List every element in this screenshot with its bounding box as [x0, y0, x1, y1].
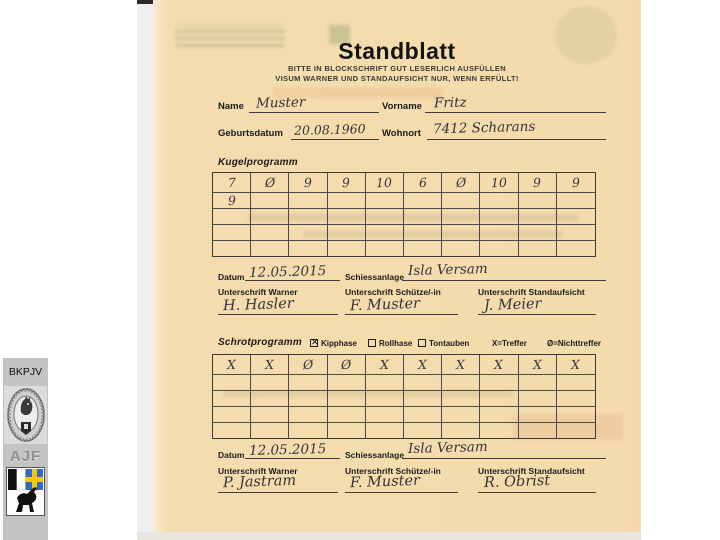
table-cell: 10 — [366, 173, 404, 192]
table-row — [213, 374, 595, 390]
table-cell — [328, 422, 366, 438]
table-cell: X — [519, 355, 557, 374]
table-cell — [328, 224, 366, 240]
table-cell — [213, 208, 251, 224]
table-cell — [289, 240, 327, 256]
cell-value: 10 — [376, 175, 392, 191]
sig2-schuetze-value: F. Muster — [350, 473, 421, 491]
schiessanlage2-label: Schiessanlage — [345, 450, 404, 460]
table-cell — [480, 374, 518, 390]
table-cell — [480, 208, 518, 224]
cell-value: X — [380, 357, 389, 372]
form-subtitle-1: BITTE IN BLOCKSCHRIFT GUT LESERLICH AUSF… — [153, 64, 641, 73]
table-cell — [213, 374, 251, 390]
table-cell — [442, 224, 480, 240]
table-cell — [289, 192, 327, 208]
table-row: XXØØXXXXXX — [213, 355, 595, 374]
cell-value: X — [494, 357, 503, 372]
table-cell — [289, 422, 327, 438]
cell-value: X — [418, 357, 427, 372]
table-cell — [442, 390, 480, 406]
table-cell — [251, 240, 289, 256]
table-cell — [442, 208, 480, 224]
table-cell — [251, 374, 289, 390]
table-cell — [557, 192, 595, 208]
table-cell — [480, 422, 518, 438]
cell-value: X — [456, 357, 465, 372]
table-cell — [480, 240, 518, 256]
standblatt-sheet: Standblatt BITTE IN BLOCKSCHRIFT GUT LES… — [153, 0, 641, 532]
table-cell — [557, 374, 595, 390]
table-cell — [480, 224, 518, 240]
table-cell — [251, 208, 289, 224]
table-row: 9 — [213, 192, 595, 208]
table-cell — [366, 374, 404, 390]
table-cell: X — [366, 355, 404, 374]
sheet-shadow — [137, 532, 641, 540]
table-cell: Ø — [328, 355, 366, 374]
table-cell — [519, 390, 557, 406]
table-cell: Ø — [442, 173, 480, 192]
name-label: Name — [218, 101, 244, 112]
cell-value: 6 — [418, 175, 426, 190]
table-cell — [519, 240, 557, 256]
table-cell — [251, 390, 289, 406]
tontauben-checkbox — [418, 339, 426, 347]
table-cell — [213, 240, 251, 256]
table-cell — [251, 422, 289, 438]
table-cell — [328, 390, 366, 406]
bkpjv-oval-badge-icon — [7, 388, 45, 442]
cell-value: X — [227, 357, 236, 372]
schrotprogramm-table: XXØØXXXXXX — [212, 354, 596, 439]
schrotprogramm-label: Schrotprogramm — [218, 337, 302, 348]
cell-value: 9 — [572, 175, 580, 190]
table-cell — [366, 224, 404, 240]
wohnort-value: 7412 Scharans — [433, 119, 536, 138]
table-cell — [404, 224, 442, 240]
table-cell — [557, 208, 595, 224]
table-cell — [366, 406, 404, 422]
kipphase-label: Kipphase — [321, 339, 357, 348]
org-ajf-label: AJF — [3, 448, 48, 465]
table-row: 7Ø99106Ø1099 — [213, 173, 595, 192]
table-cell — [213, 406, 251, 422]
table-cell — [404, 192, 442, 208]
table-cell — [366, 422, 404, 438]
table-cell — [328, 406, 366, 422]
schiessanlage2-value: Isla Versam — [408, 439, 488, 457]
rollhase-label: Rollhase — [379, 339, 412, 348]
table-cell: Ø — [251, 173, 289, 192]
cell-value: Ø — [341, 357, 352, 372]
datum2-value: 12.05.2015 — [249, 441, 327, 459]
kugelprogramm-label: Kugelprogramm — [218, 157, 298, 168]
table-cell — [328, 192, 366, 208]
table-cell: X — [480, 355, 518, 374]
table-cell — [289, 406, 327, 422]
form-subtitle-2: VISUM WARNER UND STANDAUFSICHT NUR, WENN… — [153, 74, 641, 83]
table-cell — [480, 192, 518, 208]
table-cell: 10 — [480, 173, 518, 192]
org-bkpjv-label: BKPJV — [3, 366, 48, 378]
table-cell: 9 — [213, 192, 251, 208]
table-cell: 9 — [289, 173, 327, 192]
kugelprogramm-table: 7Ø99106Ø10999 — [212, 172, 596, 257]
cell-value: 9 — [533, 175, 541, 190]
datum1-value: 12.05.2015 — [249, 263, 327, 281]
rollhase-checkbox — [368, 339, 376, 347]
scan-edge — [137, 0, 153, 540]
datum2-label: Datum — [218, 450, 244, 460]
kipphase-checkbox: ✕ — [310, 339, 318, 347]
table-cell — [251, 192, 289, 208]
table-cell — [289, 390, 327, 406]
table-cell: X — [557, 355, 595, 374]
geburtsdatum-label: Geburtsdatum — [218, 128, 283, 139]
table-cell — [519, 406, 557, 422]
table-row — [213, 240, 595, 256]
table-cell — [213, 390, 251, 406]
table-cell — [213, 422, 251, 438]
name-value: Muster — [256, 94, 306, 111]
table-cell — [213, 224, 251, 240]
tontauben-label: Tontauben — [429, 339, 469, 348]
bkpjv-emblem-icon — [4, 386, 47, 444]
vorname-label: Vorname — [382, 101, 422, 112]
table-cell: 9 — [328, 173, 366, 192]
cell-value: 9 — [227, 193, 235, 208]
table-cell: 6 — [404, 173, 442, 192]
table-cell — [557, 390, 595, 406]
cell-value: 9 — [342, 175, 350, 190]
table-cell — [366, 240, 404, 256]
wohnort-label: Wohnort — [382, 128, 421, 139]
table-cell: X — [404, 355, 442, 374]
table-cell — [519, 192, 557, 208]
table-cell — [404, 374, 442, 390]
table-cell — [366, 192, 404, 208]
table-cell — [366, 208, 404, 224]
table-cell — [404, 390, 442, 406]
table-cell — [480, 406, 518, 422]
table-cell — [328, 374, 366, 390]
table-cell — [289, 224, 327, 240]
schiessanlage1-value: Isla Versam — [408, 261, 488, 279]
table-cell — [442, 192, 480, 208]
table-cell — [442, 374, 480, 390]
table-cell — [328, 240, 366, 256]
sig2-stand-value: R. Obrist — [484, 473, 551, 491]
table-cell: Ø — [289, 355, 327, 374]
cell-value: Ø — [303, 357, 314, 372]
table-cell — [557, 240, 595, 256]
table-cell: X — [442, 355, 480, 374]
cell-value: X — [532, 357, 541, 372]
table-cell — [557, 422, 595, 438]
vorname-value: Fritz — [434, 95, 467, 112]
table-cell — [442, 240, 480, 256]
table-cell — [519, 374, 557, 390]
table-cell — [404, 208, 442, 224]
form-title: Standblatt — [153, 38, 641, 65]
geburtsdatum-value: 20.08.1960 — [294, 121, 366, 138]
cell-value: X — [265, 357, 274, 372]
cell-value: 9 — [304, 175, 312, 190]
cell-value: 7 — [227, 175, 235, 190]
table-row — [213, 422, 595, 438]
sig1-warner-value: H. Hasler — [223, 296, 294, 314]
table-cell: 9 — [519, 173, 557, 192]
table-cell — [366, 390, 404, 406]
table-row — [213, 406, 595, 422]
slide: BKPJV AJF — [0, 0, 720, 540]
table-cell — [251, 406, 289, 422]
table-row — [213, 208, 595, 224]
sig1-schuetze-label: Unterschrift Schütze/-in — [345, 287, 441, 297]
sig2-warner-value: P. Jastram — [223, 473, 297, 492]
legend-nichttreffer: Ø=Nichttreffer — [547, 339, 601, 348]
table-row — [213, 390, 595, 406]
table-cell — [480, 390, 518, 406]
table-cell — [251, 224, 289, 240]
table-cell — [442, 406, 480, 422]
table-cell: X — [251, 355, 289, 374]
schiessanlage1-label: Schiessanlage — [345, 272, 404, 282]
table-cell — [404, 240, 442, 256]
coat-of-arms-icon — [8, 469, 43, 514]
table-cell: X — [213, 355, 251, 374]
datum1-label: Datum — [218, 272, 244, 282]
table-cell — [557, 224, 595, 240]
cell-value: Ø — [455, 175, 466, 190]
table-cell — [519, 208, 557, 224]
table-cell — [519, 224, 557, 240]
table-cell — [519, 422, 557, 438]
table-cell — [442, 422, 480, 438]
cell-value: Ø — [264, 175, 275, 190]
table-cell: 9 — [557, 173, 595, 192]
legend-treffer: X=Treffer — [492, 339, 527, 348]
table-cell: 7 — [213, 173, 251, 192]
cell-value: X — [571, 357, 580, 372]
table-cell — [328, 208, 366, 224]
table-cell — [289, 208, 327, 224]
table-cell — [289, 374, 327, 390]
sidebar: BKPJV AJF — [3, 358, 48, 540]
table-cell — [557, 406, 595, 422]
cell-value: 10 — [491, 175, 507, 191]
sig1-schuetze-value: F. Muster — [350, 296, 421, 314]
table-row — [213, 224, 595, 240]
sig1-stand-value: J. Meier — [484, 296, 542, 314]
graubuenden-arms-icon — [6, 467, 45, 516]
table-cell — [404, 422, 442, 438]
table-cell — [404, 406, 442, 422]
